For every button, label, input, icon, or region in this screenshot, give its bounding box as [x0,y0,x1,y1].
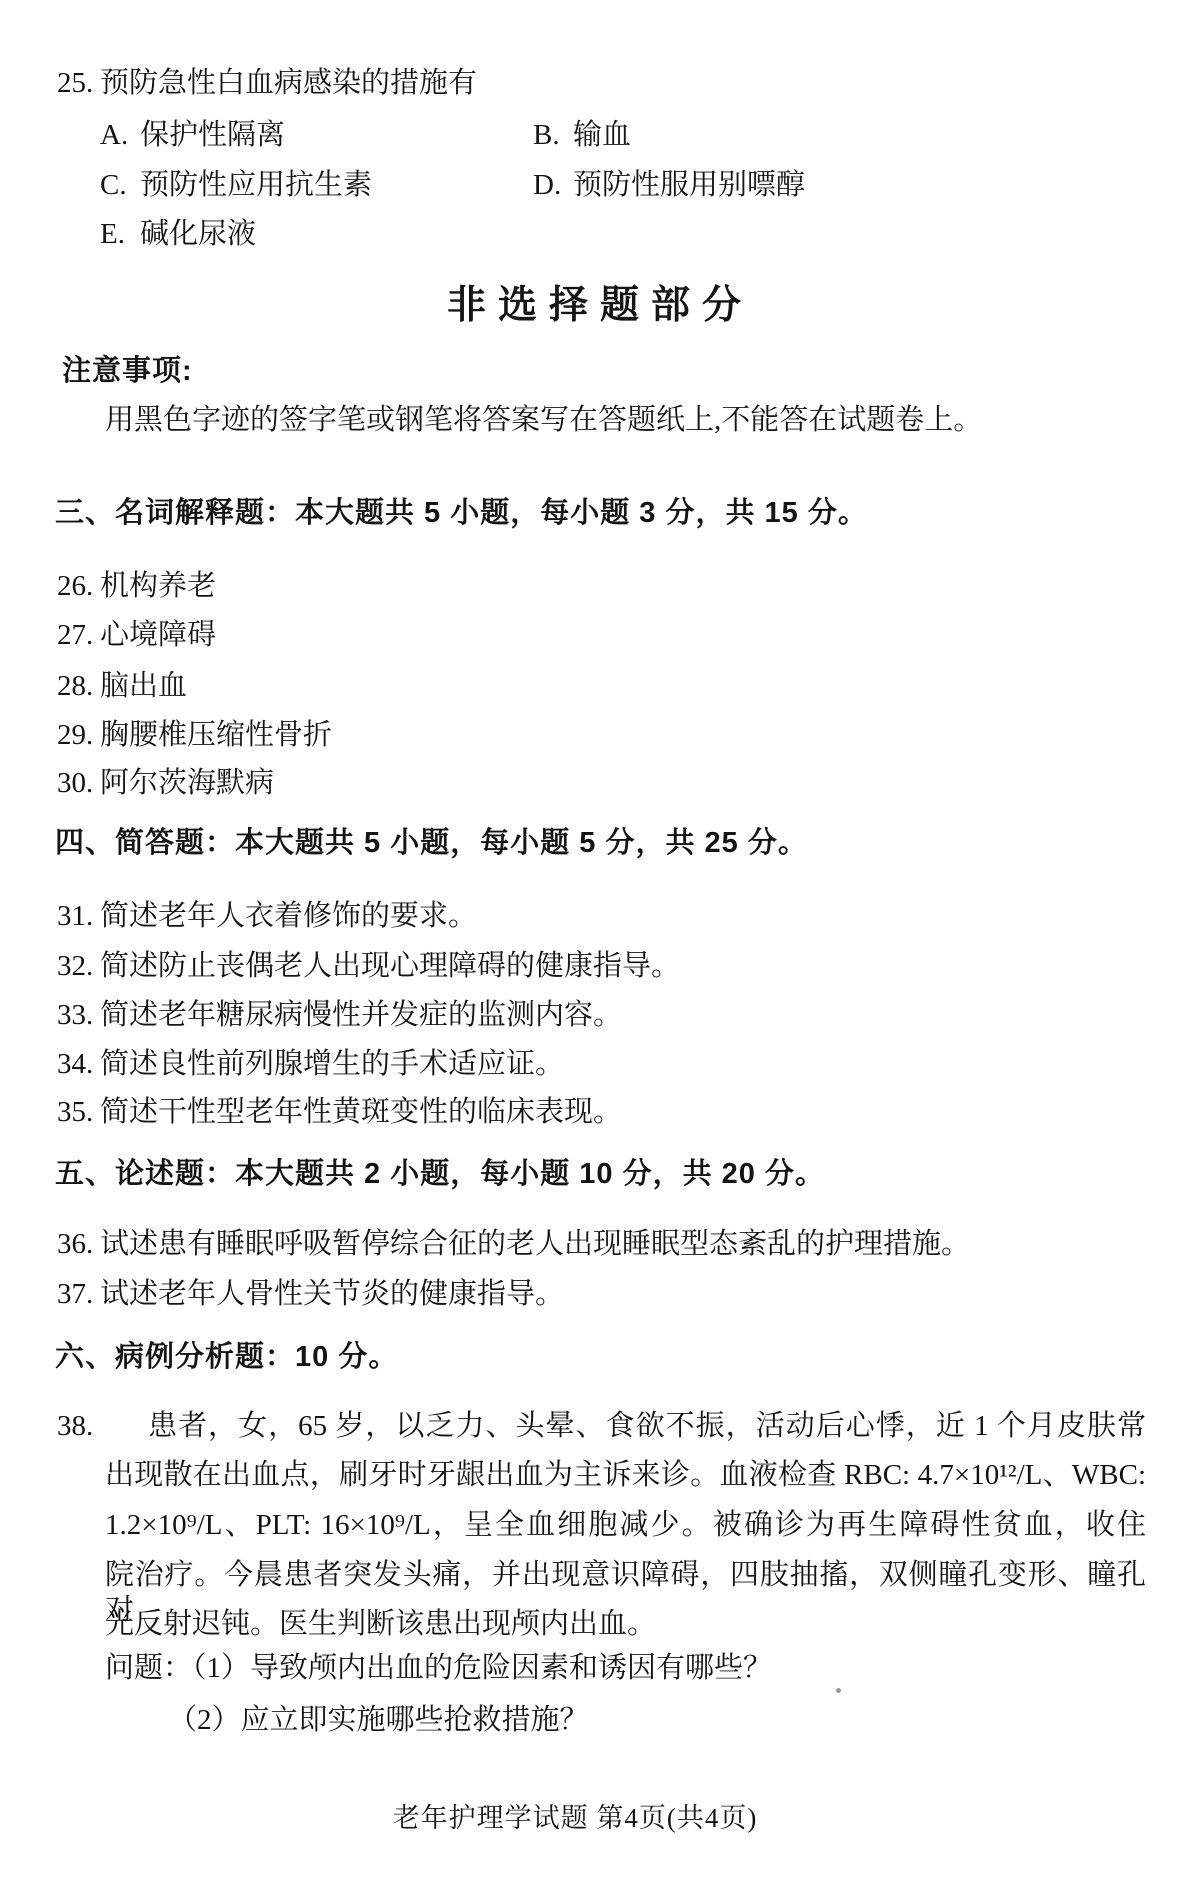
option-e: E.碱化尿液 [100,217,256,252]
option-b: B.输血 [533,118,631,153]
item-text: 简述防止丧偶老人出现心理障碍的健康指导。 [100,950,680,982]
item-text: 试述患有睡眠呼吸暂停综合征的老人出现睡眠型态紊乱的护理措施。 [100,1228,970,1260]
item-number: 29. [57,718,100,753]
exam-paper-page: 25.预防急性白血病感染的措施有 A.保护性隔离 B.输血 C.预防性应用抗生素… [0,0,1200,1878]
option-text: 输血 [573,119,631,151]
case-line-2: 出现散在出血点，刷牙时牙龈出血为主诉来诊。血液检查 RBC: 4.7×10¹²/… [105,1458,1146,1493]
part-header: 非选择题部分 [0,274,1200,330]
option-c: C.预防性应用抗生素 [100,168,372,203]
section-4-title: 四、简答题：本大题共 5 小题，每小题 5 分，共 25 分。 [55,826,808,861]
case-line-5: 光反射迟钝。医生判断该患出现颅内出血。 [105,1607,656,1642]
case-question-2: （2）应立即实施哪些抢救措施？ [168,1703,589,1738]
item-number: 35. [57,1095,100,1130]
item-28: 28.脑出血 [57,669,187,704]
option-label: B. [533,118,573,153]
item-text: 简述良性前列腺增生的手术适应证。 [100,1048,564,1080]
item-35: 35.简述干性型老年性黄斑变性的临床表现。 [57,1095,622,1130]
case-number: 38. [57,1409,93,1444]
question-number: 25. [57,66,100,101]
item-31: 31.简述老年人衣着修饰的要求。 [57,899,477,934]
section-5-title: 五、论述题：本大题共 2 小题，每小题 10 分，共 20 分。 [55,1157,825,1192]
item-text: 脑出血 [100,670,187,702]
item-26: 26.机构养老 [57,569,216,604]
page-footer: 老年护理学试题 第4页(共4页) [0,1796,1150,1835]
item-number: 26. [57,569,100,604]
item-number: 34. [57,1047,100,1082]
item-text: 胸腰椎压缩性骨折 [100,719,332,751]
item-text: 简述干性型老年性黄斑变性的临床表现。 [100,1096,622,1128]
item-number: 28. [57,669,100,704]
option-label: D. [533,168,573,203]
item-text: 机构养老 [100,570,216,602]
option-label: E. [100,217,140,252]
item-27: 27.心境障碍 [57,618,216,653]
item-text: 阿尔茨海默病 [100,767,274,799]
item-33: 33.简述老年糖尿病慢性并发症的监测内容。 [57,998,622,1033]
option-text: 碱化尿液 [140,218,256,250]
item-number: 36. [57,1227,100,1262]
section-6-title: 六、病例分析题：10 分。 [55,1340,398,1375]
question-25-stem: 25.预防急性白血病感染的措施有 [57,66,477,101]
item-text: 试述老年人骨性关节炎的健康指导。 [100,1278,564,1310]
case-line-1: 患者，女，65 岁，以乏力、头晕、食欲不振，活动后心悸，近 1 个月皮肤常 [148,1409,1146,1444]
notice-body: 用黑色字迹的签字笔或钢笔将答案写在答题纸上,不能答在试题卷上。 [105,403,982,438]
item-number: 30. [57,766,100,801]
item-number: 33. [57,998,100,1033]
item-number: 32. [57,949,100,984]
case-question-1: 问题：（1）导致颅内出血的危险因素和诱因有哪些？ [105,1651,772,1686]
question-text: 预防急性白血病感染的措施有 [100,67,477,99]
item-32: 32.简述防止丧偶老人出现心理障碍的健康指导。 [57,949,680,984]
option-text: 保护性隔离 [140,119,285,151]
option-text: 预防性应用抗生素 [140,169,372,201]
section-3-title: 三、名词解释题：本大题共 5 小题，每小题 3 分，共 15 分。 [55,496,868,531]
item-text: 简述老年人衣着修饰的要求。 [100,900,477,932]
item-number: 31. [57,899,100,934]
item-36: 36.试述患有睡眠呼吸暂停综合征的老人出现睡眠型态紊乱的护理措施。 [57,1227,970,1262]
scan-artifact-dot [836,1688,841,1693]
item-text: 心境障碍 [100,619,216,651]
item-37: 37.试述老年人骨性关节炎的健康指导。 [57,1277,564,1312]
option-a: A.保护性隔离 [100,118,285,153]
option-label: C. [100,168,140,203]
option-text: 预防性服用别嘌醇 [573,169,805,201]
notice-title: 注意事项: [62,354,193,389]
item-number: 37. [57,1277,100,1312]
option-label: A. [100,118,140,153]
case-line-3: 1.2×10⁹/L、PLT: 16×10⁹/L，呈全血细胞减少。被确诊为再生障碍… [105,1508,1146,1543]
item-34: 34.简述良性前列腺增生的手术适应证。 [57,1047,564,1082]
option-d: D.预防性服用别嘌醇 [533,168,805,203]
item-29: 29.胸腰椎压缩性骨折 [57,718,332,753]
item-number: 27. [57,618,100,653]
item-30: 30.阿尔茨海默病 [57,766,274,801]
item-text: 简述老年糖尿病慢性并发症的监测内容。 [100,999,622,1031]
